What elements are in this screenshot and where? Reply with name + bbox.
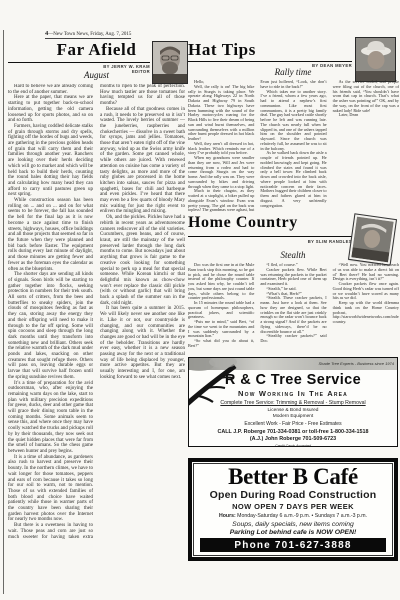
article-paragraph: While construction season has been rolli… bbox=[8, 198, 93, 272]
hat-tips-rule bbox=[188, 61, 352, 62]
article-paragraph: As he walked back down the aisle a coupl… bbox=[260, 151, 326, 208]
hat-tips-subhead: Rally time bbox=[188, 67, 398, 77]
article-paragraph: The shorter days are sending all kinds o… bbox=[8, 272, 93, 380]
tree-branch-icon bbox=[189, 358, 251, 410]
cafe-name: Better B Café bbox=[194, 465, 392, 488]
page-header: 4—New Town News, Friday, Aug. 7, 2015 bbox=[45, 30, 131, 39]
article-paragraph: Because all of that goodness comes in a … bbox=[100, 107, 185, 215]
article-paragraph: “So what did you do about it, Bert?” bbox=[188, 339, 254, 349]
article-paragraph: Later, Dean bbox=[333, 113, 399, 118]
article-paragraph: “Stealthy cracker packets?” said Doc. bbox=[260, 334, 326, 344]
cafe-open-days: NOW OPEN 7 DAYS PER WEEK bbox=[194, 502, 392, 511]
cafe-specials: Soups, daily specials, new items coming bbox=[194, 521, 392, 528]
tree-service-credit-note: Credit Cards Accepted bbox=[189, 444, 397, 448]
tree-service-ad: Shade Tree Experts - Business since 1974… bbox=[188, 357, 398, 447]
cafe-hours-text: Monday-Saturday 6 a.m.-9 p.m. • Sundays … bbox=[236, 513, 367, 519]
home-country-title: Home Country bbox=[188, 214, 298, 232]
cafe-parking-note: Parking Lot behind cafe is NOW OPEN! bbox=[194, 529, 392, 536]
article-paragraph: “Puts me to mind,” said Bert, “of the ti… bbox=[188, 320, 254, 339]
tree-service-quality: Excellent Work - Fair Price - Free Estim… bbox=[189, 421, 397, 427]
cafe-phone-bar: Phone 701-627-3888 bbox=[200, 538, 386, 552]
far-afield-rule bbox=[8, 62, 150, 63]
cafe-ad: Better B Café Open During Road Construct… bbox=[188, 458, 398, 561]
article-paragraph: Cracker packets flew. While Bert was ret… bbox=[260, 268, 326, 287]
tree-service-phone-1: CALL J.P. Roberge 701-334-0381 or toll-f… bbox=[189, 429, 397, 435]
far-afield-body: Hard to believe we are already coming to… bbox=[8, 84, 185, 545]
article-paragraph: Which takes me to another story. I’ve a … bbox=[260, 90, 326, 152]
article-paragraph: Hard to believe we are already coming to… bbox=[8, 84, 93, 95]
article-paragraph: It’s a time of preparation for the avid … bbox=[8, 381, 93, 455]
article-paragraph: Here at the paper, that means we are sta… bbox=[8, 95, 93, 124]
article-paragraph: Doc was the first one in at the Mule Bar… bbox=[188, 263, 254, 301]
article-paragraph: “Well now. You noticed how each of us wa… bbox=[333, 263, 399, 282]
article-paragraph: As the service ended, and people were fi… bbox=[333, 80, 399, 113]
tree-service-phone-2: (A.J.) John Roberge 701-509-6723 bbox=[189, 436, 397, 442]
cafe-ad-inner: Better B Café Open During Road Construct… bbox=[193, 463, 393, 556]
home-country-rule bbox=[188, 236, 352, 237]
article-paragraph: Farmers, having coddled delicate stalks … bbox=[8, 124, 93, 198]
cafe-hours-label: Hours: bbox=[219, 513, 236, 519]
article-paragraph: It has been quite a summer in 2015. We w… bbox=[100, 306, 185, 380]
article-paragraph: Well, they aren’t all dressed in hot, bl… bbox=[188, 142, 254, 156]
home-country-byline: BY SLIM RANDLES bbox=[262, 239, 352, 244]
masthead-text: —New Town News, Friday, Aug. 7, 2015 bbox=[48, 32, 131, 37]
hat-tips-body: Hello,Well, the rally is on! The big bik… bbox=[188, 80, 399, 215]
article-paragraph: In 15 minutes the round table had a quor… bbox=[188, 301, 254, 320]
article-paragraph: Oh, and the pickles. Pickles have had a … bbox=[100, 215, 185, 306]
home-country-subhead: Stealth bbox=[188, 250, 398, 260]
article-paragraph: “Stealth. These cracker packets, I mean.… bbox=[260, 296, 326, 334]
tree-service-tagline: Shade Tree Experts - Business since 1974 bbox=[318, 361, 394, 366]
far-afield-subhead: August bbox=[8, 70, 185, 80]
article-paragraph: Well, the rally is on! The big bike rall… bbox=[188, 85, 254, 142]
newspaper-page: 4—New Town News, Friday, Aug. 7, 2015 Fa… bbox=[0, 0, 400, 600]
article-paragraph: Cracker packets flew once again. Good th… bbox=[333, 282, 399, 301]
page-edge-line bbox=[3, 30, 4, 594]
cafe-headline: Open During Road Construction bbox=[194, 489, 392, 501]
hat-tips-title: Hat Tips bbox=[188, 40, 256, 60]
article-paragraph: When my grandsons were smaller than they… bbox=[188, 156, 254, 189]
cafe-hours: Hours: Monday-Saturday 6 a.m.-9 p.m. • S… bbox=[194, 513, 392, 519]
article-paragraph: It is a time of abundance, as gardeners … bbox=[8, 455, 93, 523]
home-country-body: Doc was the first one in at the Mule Bar… bbox=[188, 263, 399, 353]
article-paragraph: Keep up with the world dilemma think tan… bbox=[333, 301, 399, 325]
tree-service-equipment: Modern Equipment bbox=[189, 414, 397, 419]
